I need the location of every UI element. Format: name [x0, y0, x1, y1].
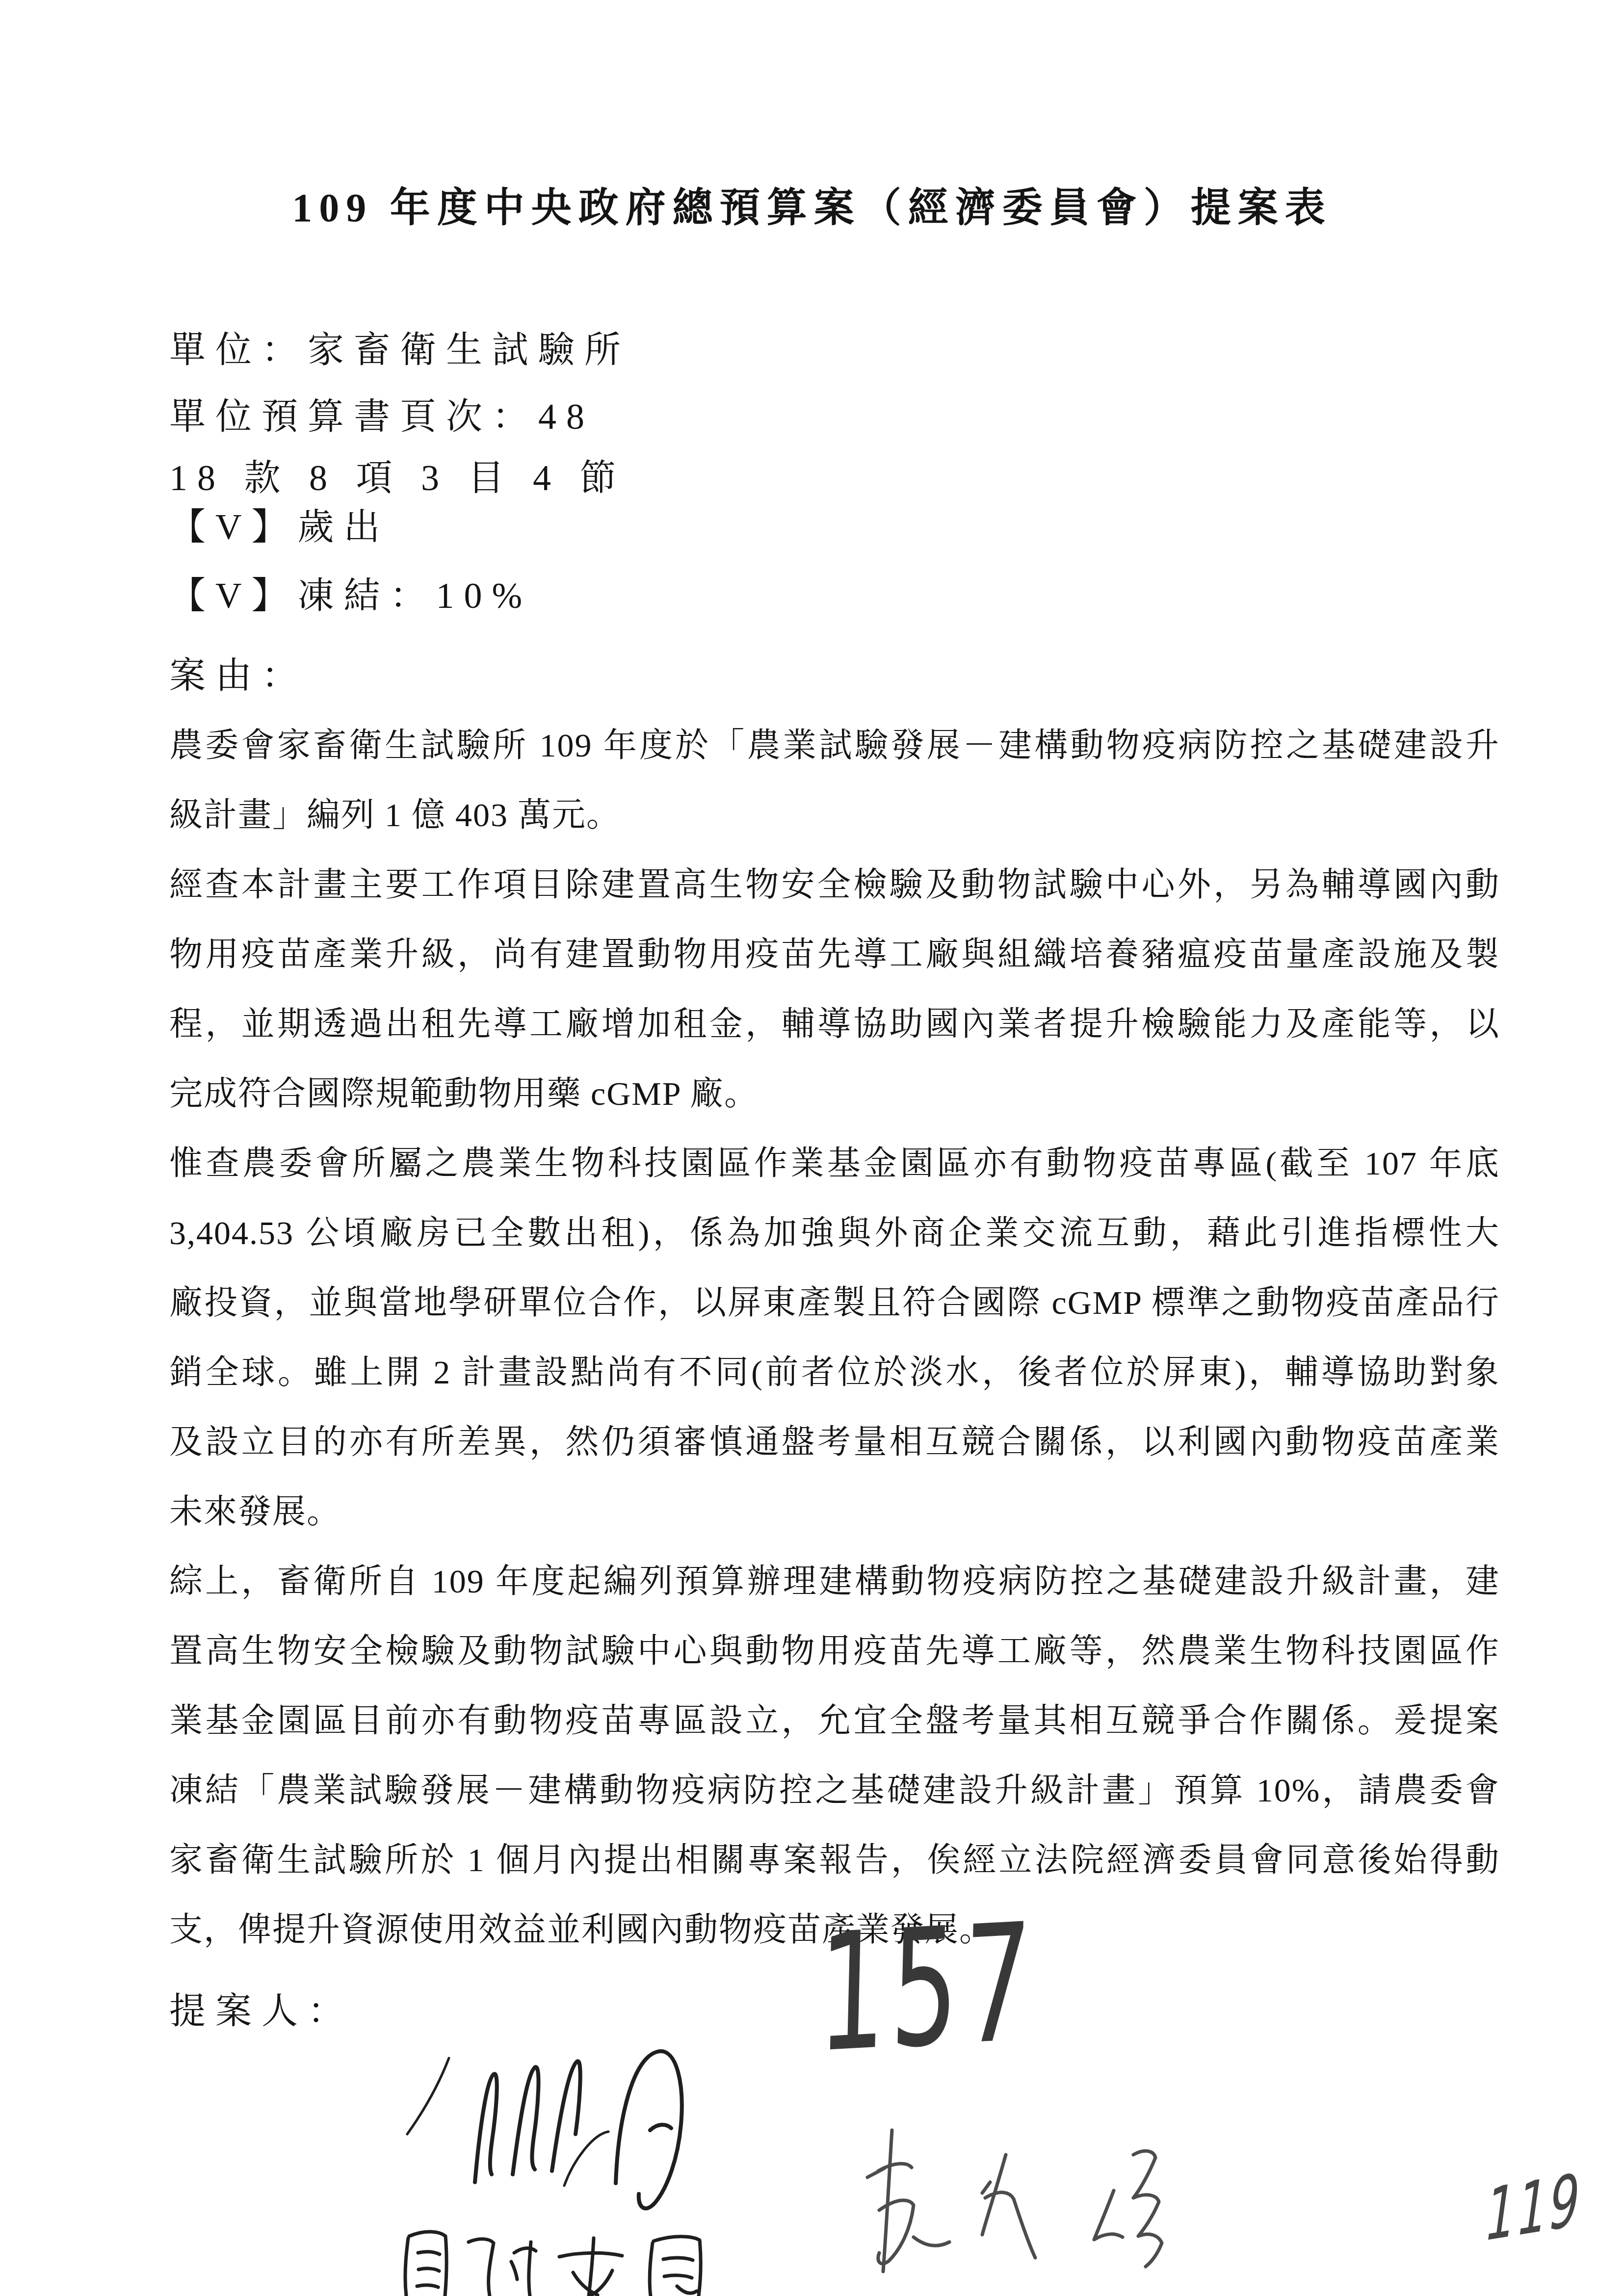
body-line: 程，並期透過出租先導工廠增加租金，輔導協助國內業者提升檢驗能力及產能等，以 [169, 989, 1500, 1059]
case-label: 案由： [169, 647, 1504, 699]
body-line: 農委會家畜衛生試驗所 109 年度於「農業試驗發展－建構動物疫病防控之基礎建設升 [169, 710, 1500, 780]
handwritten-page-number: 119 [1480, 2158, 1587, 2258]
body-line: 置高生物安全檢驗及動物試驗中心與動物用疫苗先導工廠等，然農業生物科技園區作 [169, 1616, 1500, 1686]
body-line: 級計畫」編列 1 億 403 萬元。 [169, 780, 1500, 850]
document-title: 109 年度中央政府總預算案（經濟委員會）提案表 [123, 176, 1501, 233]
body-line: 完成符合國際規範動物用藥 cGMP 廠。 [169, 1059, 1500, 1128]
body-line: 綜上，畜衛所自 109 年度起編列預算辦理建構動物疫病防控之基礎建設升級計畫，建 [169, 1546, 1500, 1616]
budget-page-line: 單位預算書頁次：48 [169, 388, 1504, 440]
body-line: 銷全球。雖上開 2 計畫設點尚有不同(前者位於淡水，後者位於屏東)，輔導協助對象 [169, 1337, 1500, 1407]
scanned-document-page: 109 年度中央政府總預算案（經濟委員會）提案表 單位：家畜衛生試驗所 單位預算… [0, 0, 1624, 2296]
case-body: 農委會家畜衛生試驗所 109 年度於「農業試驗發展－建構動物疫病防控之基礎建設升… [169, 710, 1500, 1964]
unit-line: 單位：家畜衛生試驗所 [169, 321, 1504, 373]
body-line: 物用疫苗產業升級，尚有建置動物用疫苗先導工廠與組織培養豬瘟疫苗量產設施及製 [169, 919, 1500, 989]
body-line: 及設立目的亦有所差異，然仍須審慎通盤考量相互競合關係，以利國內動物疫苗產業 [169, 1407, 1500, 1477]
handwritten-proposal-number: 157 [816, 1888, 1038, 2088]
body-line: 業基金園區目前亦有動物疫苗專區設立，允宜全盤考量其相互競爭合作關係。爰提案 [169, 1686, 1500, 1755]
body-line: 家畜衛生試驗所於 1 個月內提出相關專案報告，俟經立法院經濟委員會同意後始得動 [169, 1825, 1500, 1895]
proposer-signature-right [859, 2124, 1300, 2296]
body-line: 廠投資，並與當地學研單位合作，以屏東產製且符合國際 cGMP 標準之動物疫苗產品… [169, 1268, 1500, 1337]
check-expenditure: 【V】歲出 [169, 498, 1504, 550]
proposer-signature-left [402, 2011, 844, 2296]
body-line: 3,404.53 公頃廠房已全數出租)，係為加強與外商企業交流互動，藉此引進指標… [169, 1198, 1500, 1268]
body-line: 經查本計畫主要工作項目除建置高生物安全檢驗及動物試驗中心外，另為輔導國內動 [169, 850, 1500, 919]
budget-item-line: 18 款 8 項 3 目 4 節 [169, 449, 1504, 501]
body-line: 凍結「農業試驗發展－建構動物疫病防控之基礎建設升級計畫」預算 10%，請農委會 [169, 1755, 1500, 1825]
body-line: 惟查農委會所屬之農業生物科技園區作業基金園區亦有動物疫苗專區(截至 107 年底 [169, 1128, 1500, 1198]
check-freeze: 【V】凍結：10% [169, 567, 1504, 619]
body-line: 未來發展。 [169, 1477, 1500, 1546]
